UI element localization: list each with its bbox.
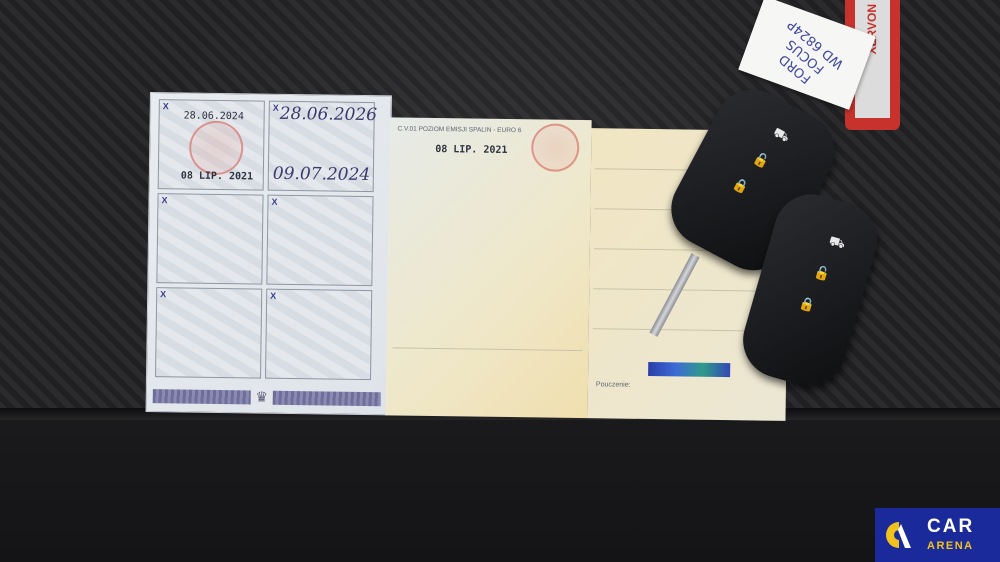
inspection-page: X 28.06.2024 08 LIP. 2021 X 28.06.2026 0… — [146, 92, 392, 415]
box-mark: X — [160, 289, 166, 299]
lock-icon: 🔒 — [793, 291, 820, 318]
car-arena-mark-icon — [885, 520, 913, 550]
car-arena-logo: CAR ARENA — [875, 508, 1000, 562]
trunk-icon: ⛟ — [767, 120, 797, 150]
inspection-box-4: X — [266, 195, 373, 286]
emission-header: C.V.01 POZIOM EMISJI SPALIN - EURO 6 — [397, 125, 521, 135]
handwritten-date-2: 09.07.2024 — [273, 164, 371, 185]
hologram — [648, 362, 730, 377]
divider — [392, 347, 582, 351]
inspection-box-1: X 28.06.2024 08 LIP. 2021 — [158, 99, 265, 190]
typed-date: 28.06.2024 — [184, 110, 244, 122]
unlock-icon: 🔓 — [746, 146, 776, 176]
logo-text-arena: ARENA — [927, 540, 974, 552]
inspection-box-2: X 28.06.2026 09.07.2024 — [268, 101, 375, 192]
box-mark: X — [273, 103, 279, 113]
emission-stamp-date: 08 LIP. 2021 — [435, 144, 507, 156]
box-mark: X — [270, 291, 276, 301]
box-mark: X — [271, 197, 277, 207]
inspection-box-6: X — [265, 289, 372, 380]
lock-icon: 🔒 — [726, 171, 756, 201]
stamp-date: 08 LIP. 2021 — [181, 170, 253, 182]
seat-cushion — [0, 420, 1000, 562]
round-stamp — [531, 123, 580, 172]
unlock-icon: 🔓 — [808, 260, 835, 287]
box-mark: X — [161, 195, 167, 205]
notice-label: Pouczenie: — [596, 381, 631, 389]
inspection-box-3: X — [156, 193, 263, 284]
handwritten-date: 28.06.2026 — [280, 104, 378, 125]
logo-text-car: CAR — [927, 516, 974, 538]
inspection-box-5: X — [155, 287, 262, 378]
eagle-emblem-icon: ♛ — [251, 383, 273, 409]
round-stamp — [189, 121, 244, 176]
emission-page: C.V.01 POZIOM EMISJI SPALIN - EURO 6 08 … — [386, 117, 592, 418]
box-mark: X — [163, 101, 169, 111]
trunk-icon: ⛟ — [823, 229, 850, 256]
